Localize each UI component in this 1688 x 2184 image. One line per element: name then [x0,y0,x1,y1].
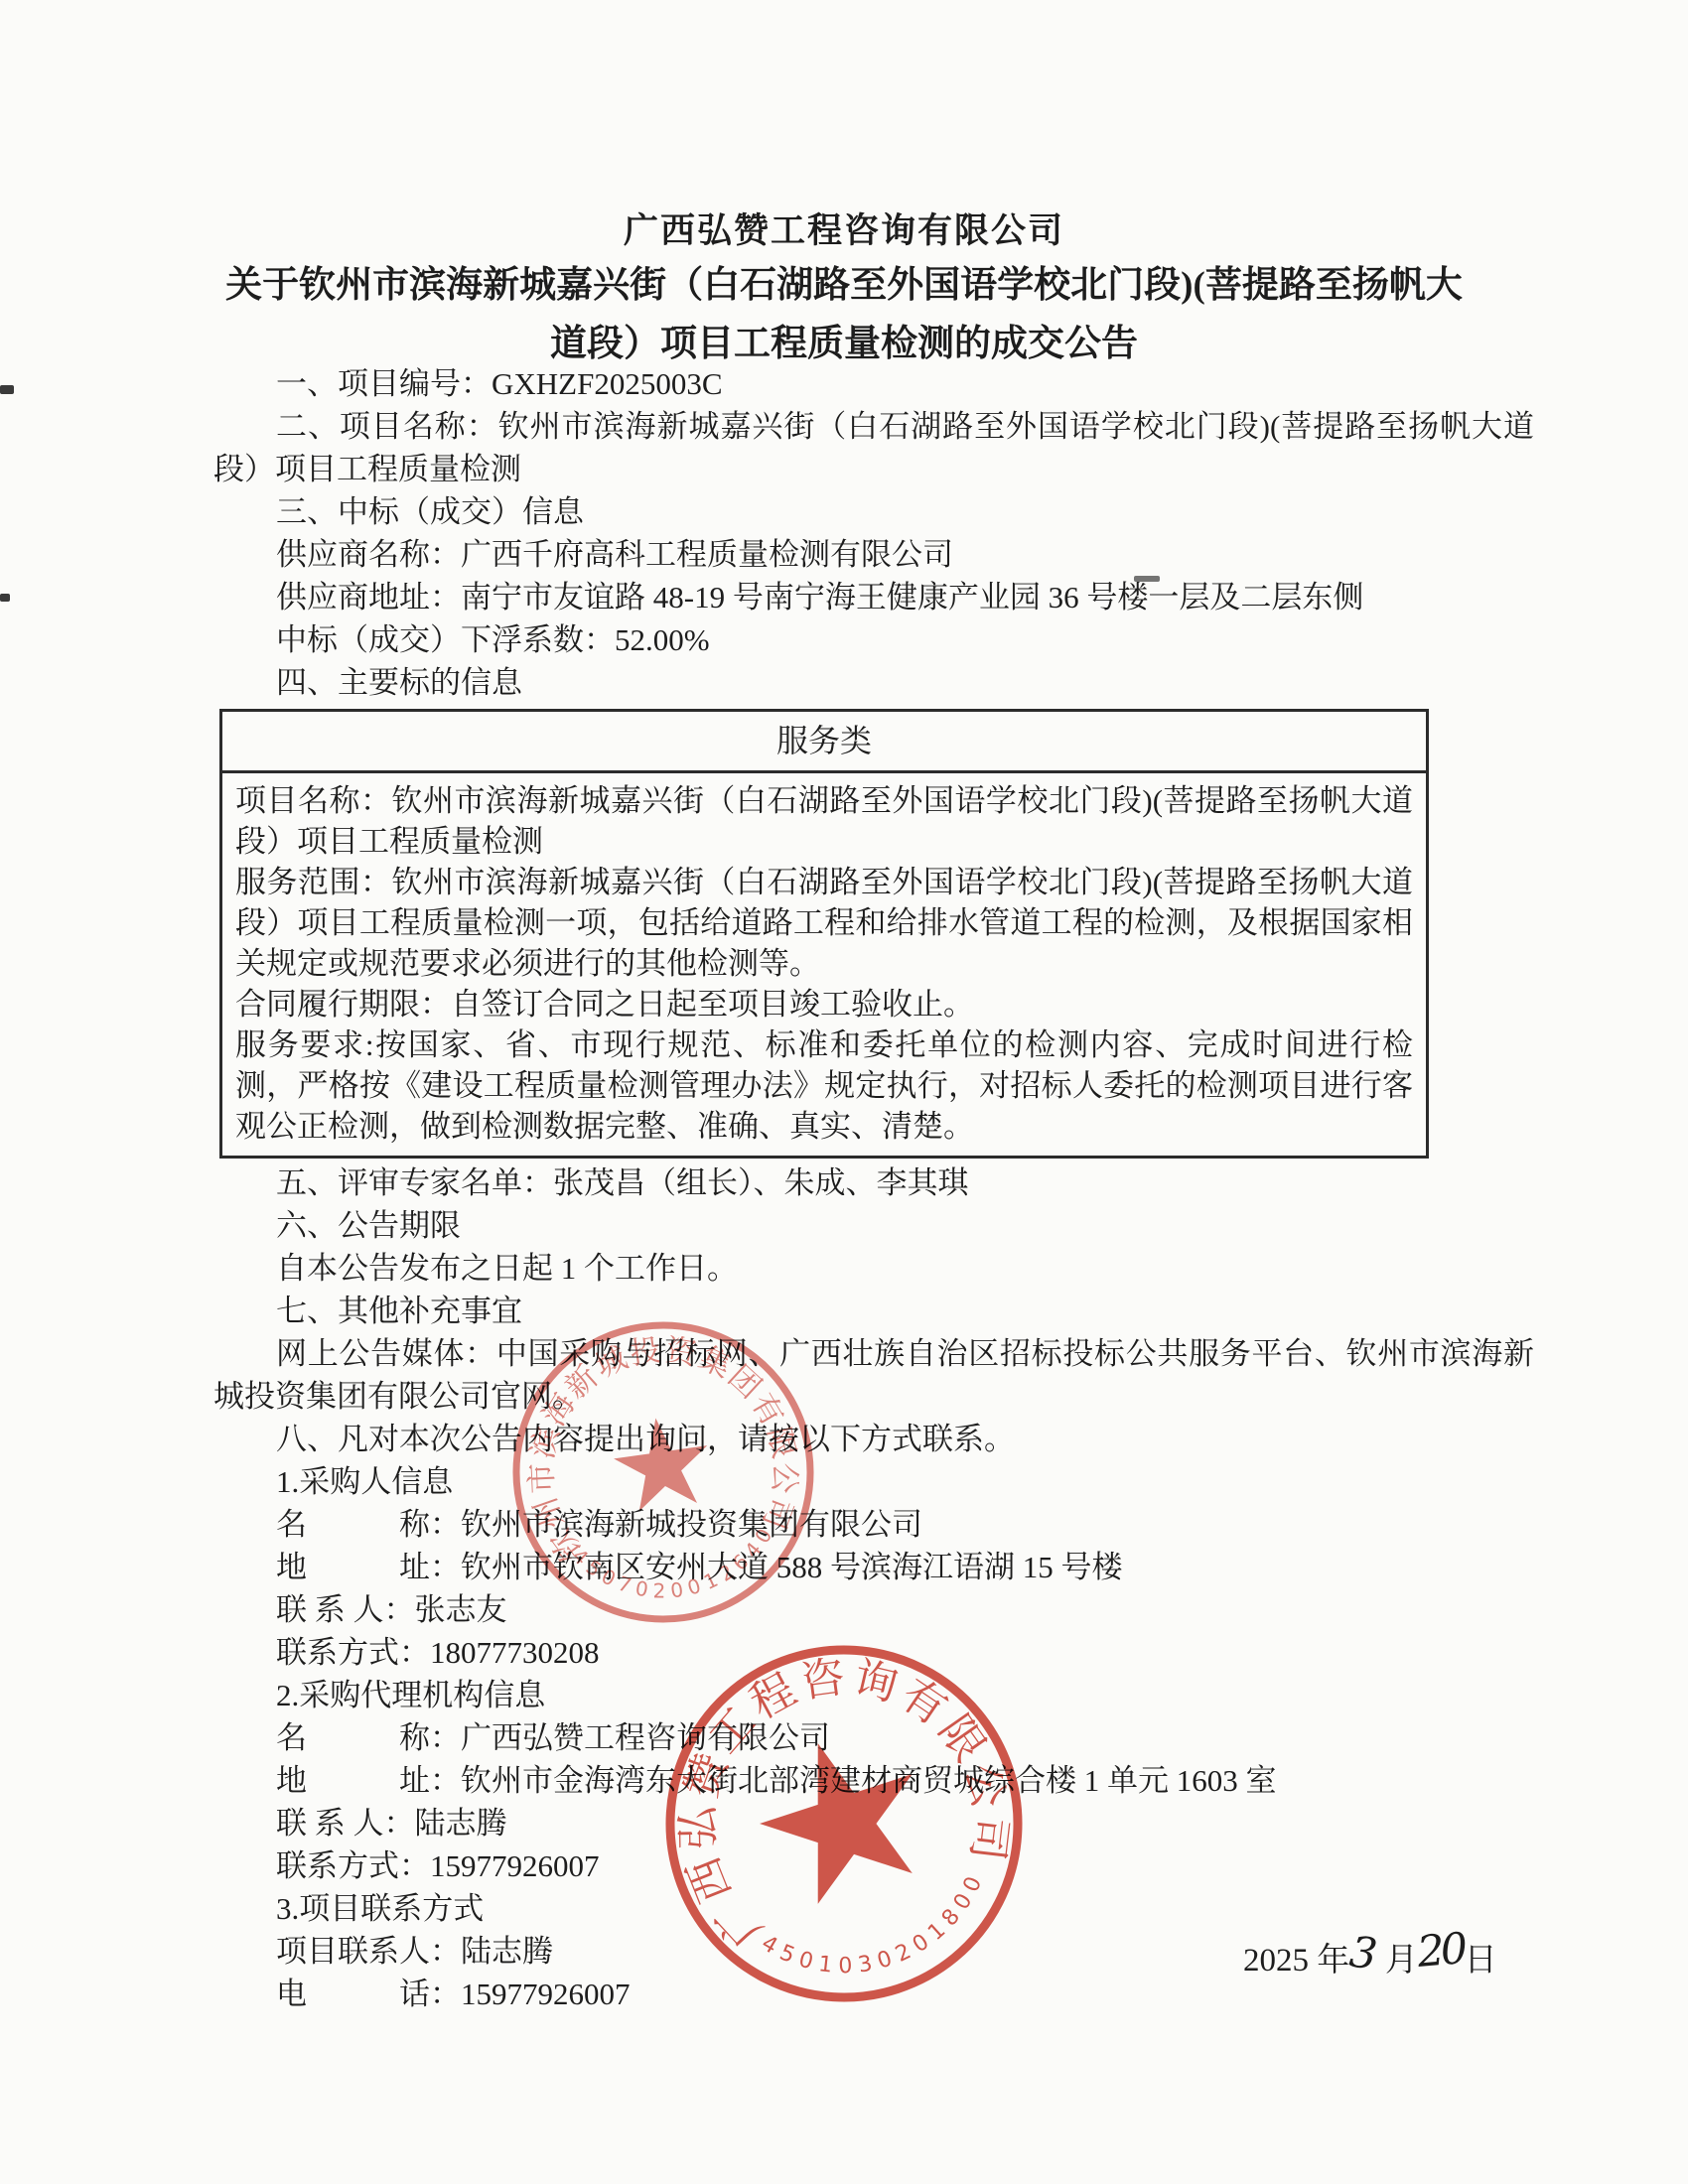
project-name: 二、项目名称：钦州市滨海新城嘉兴街（白石湖路至外国语学校北门段)(菩提路至扬帆大… [213,405,1534,490]
purchaser-info-heading: 1.采购人信息 [213,1460,1534,1503]
table-row-service-scope: 服务范围：钦州市滨海新城嘉兴街（白石湖路至外国语学校北门段)(菩提路至扬帆大道段… [235,862,1413,984]
notice-period-heading: 六、公告期限 [213,1204,1534,1247]
announcement-title-block: 广西弘赞工程咨询有限公司 关于钦州市滨海新城嘉兴街（白石湖路至外国语学校北门段)… [109,206,1579,373]
table-row-contract-period: 合同履行期限：自签订合同之日起至项目竣工验收止。 [235,984,1413,1024]
scanned-announcement-page: 广西弘赞工程咨询有限公司 关于钦州市滨海新城嘉兴街（白石湖路至外国语学校北门段)… [0,0,1688,2184]
handwritten-day: 20 [1415,1924,1466,1978]
table-row-service-requirements: 服务要求:按国家、省、市现行规范、标准和委托单位的检测内容、完成时间进行检测，严… [235,1024,1413,1147]
company-title: 广西弘赞工程咨询有限公司 [109,206,1579,256]
supplier-name: 供应商名称：广西千府高科工程质量检测有限公司 [213,533,1534,576]
inquiry-heading: 八、凡对本次公告内容提出询问，请按以下方式联系。 [213,1418,1534,1460]
date-month-unit: 月 [1377,1943,1418,1979]
purchaser-name: 名 称：钦州市滨海新城投资集团有限公司 [213,1503,1534,1546]
date-day-unit: 日 [1465,1943,1497,1979]
notice-period: 自本公告发布之日起 1 个工作日。 [213,1247,1534,1290]
purchaser-seal: 钦州市滨海新城投资集团有限公司 4507020012640 [499,1308,827,1636]
project-number: 一、项目编号：GXHZF2025003C [213,362,1534,405]
table-row-project-name: 项目名称：钦州市滨海新城嘉兴街（白石湖路至外国语学校北门段)(菩提路至扬帆大道段… [235,780,1413,862]
table-header-row: 服务类 [221,711,1428,772]
scan-artifact [1134,576,1160,582]
award-info-heading: 三、中标（成交）信息 [213,490,1534,533]
handwritten-month: 3 [1347,1928,1380,1980]
scan-artifact [0,594,10,602]
purchaser-contact: 联 系 人：张志友 [213,1588,1534,1631]
supplier-address: 供应商地址：南宁市友谊路 48-19 号南宁海王健康产业园 36 号楼一层及二层… [213,576,1534,618]
supplementary-heading: 七、其他补充事宜 [213,1290,1534,1332]
date-line: 2025 年3 月20日 [1243,1932,1497,1981]
subject-info-table: 服务类 项目名称：钦州市滨海新城嘉兴街（白石湖路至外国语学校北门段)(菩提路至扬… [219,709,1429,1159]
table-header-service-class: 服务类 [221,711,1428,772]
expert-list: 五、评审专家名单：张茂昌（组长）、朱成、李其琪 [213,1161,1534,1204]
announcement-media: 网上公告媒体：中国采购与招标网、广西壮族自治区招标投标公共服务平台、钦州市滨海新… [213,1332,1534,1418]
table-body-row: 项目名称：钦州市滨海新城嘉兴街（白石湖路至外国语学校北门段)(菩提路至扬帆大道段… [221,772,1428,1158]
discount-rate: 中标（成交）下浮系数：52.00% [213,618,1534,661]
agency-seal: 广西弘赞工程咨询有限公司 4501030201800 [650,1630,1038,2017]
subject-info-heading: 四、主要标的信息 [213,661,1534,704]
purchaser-address: 地 址：钦州市钦南区安州大道 588 号滨海江语湖 15 号楼 [213,1546,1534,1588]
scan-artifact [0,385,14,394]
announcement-title-line1: 关于钦州市滨海新城嘉兴街（白石湖路至外国语学校北门段)(菩提路至扬帆大 [109,256,1579,315]
table-body-cell: 项目名称：钦州市滨海新城嘉兴街（白石湖路至外国语学校北门段)(菩提路至扬帆大道段… [221,772,1428,1158]
date-year: 2025 年 [1243,1943,1349,1979]
star-icon [742,1718,941,1913]
star-icon [609,1412,715,1514]
